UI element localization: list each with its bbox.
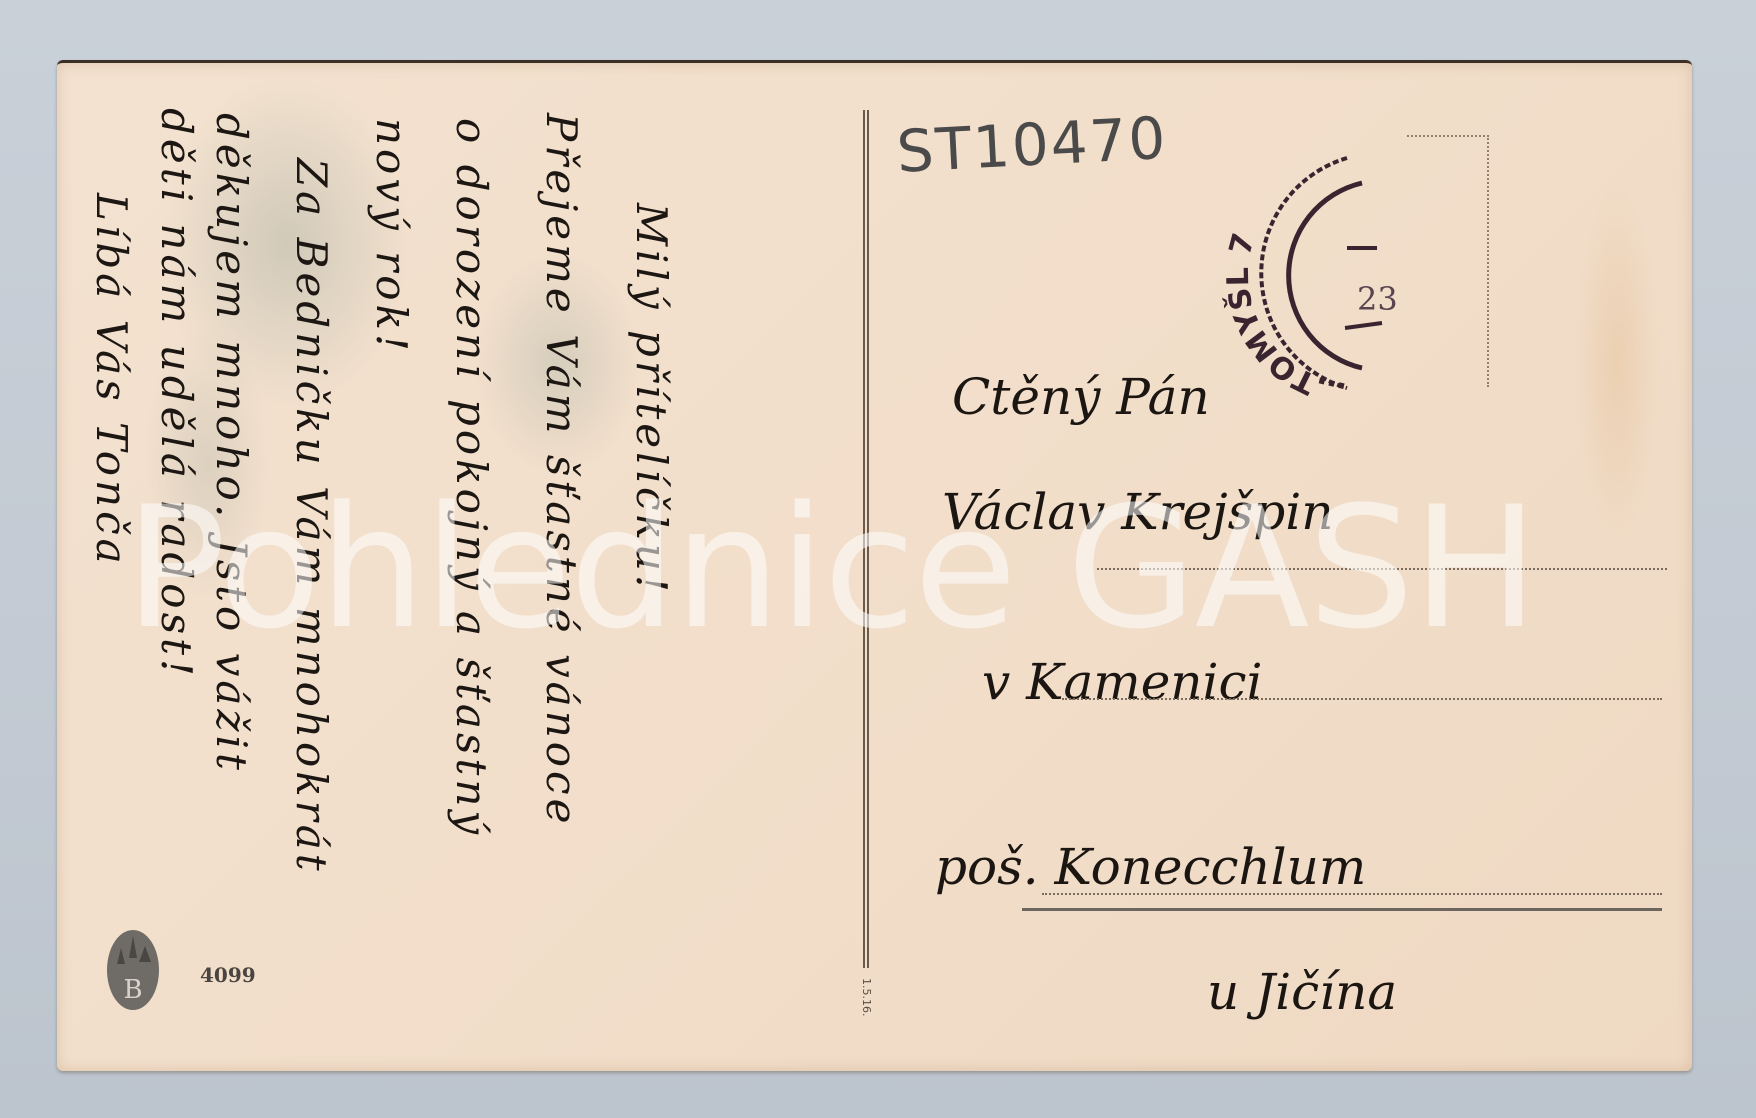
svg-text:23: 23 (1357, 280, 1398, 318)
address-salutation: Ctěný Pán (952, 368, 1210, 426)
message-line: nový rok! (367, 118, 416, 355)
publisher-number: 4099 (200, 963, 256, 987)
address-dotted-line (1062, 698, 1662, 700)
message-line: děti nám udělá radost! (152, 108, 201, 680)
message-line: o dorození pokojný a šťastný (447, 118, 496, 838)
message-line: Líbá Vás Tonča (87, 193, 136, 568)
svg-text:…TOMYŠL 7: …TOMYŠL 7 (1220, 230, 1349, 398)
address-town: v Kamenici (982, 653, 1263, 711)
publisher-logo-icon: B (105, 928, 161, 1012)
address-district: u Jičína (1207, 963, 1397, 1021)
message-area: Milý přítelíčku! Přejeme Vám šťastné ván… (117, 103, 817, 1003)
message-line: Milý přítelíčku! (627, 203, 676, 596)
postmark-icon: 23 …TOMYŠL 7 (1197, 138, 1457, 398)
postcard-back: Milý přítelíčku! Přejeme Vám šťastné ván… (57, 60, 1692, 1071)
address-dotted-line (1097, 568, 1667, 570)
message-line: děkujem mnoho. Jsto vážit (207, 113, 256, 774)
message-line: Za Bedničku Vám mnohokrát (287, 158, 336, 875)
svg-text:B: B (123, 975, 142, 1005)
address-underline (1022, 908, 1662, 911)
address-post-office: poš. Konecchlum (935, 838, 1366, 896)
inventory-code: ST10470 (895, 104, 1169, 186)
message-line: Přejeme Vám šťastné vánoce (537, 113, 586, 827)
address-dotted-line (1042, 893, 1662, 895)
address-name: Václav Krejšpin (942, 483, 1333, 541)
center-divider (863, 110, 869, 968)
print-code: 1.5.16. (860, 978, 873, 1016)
